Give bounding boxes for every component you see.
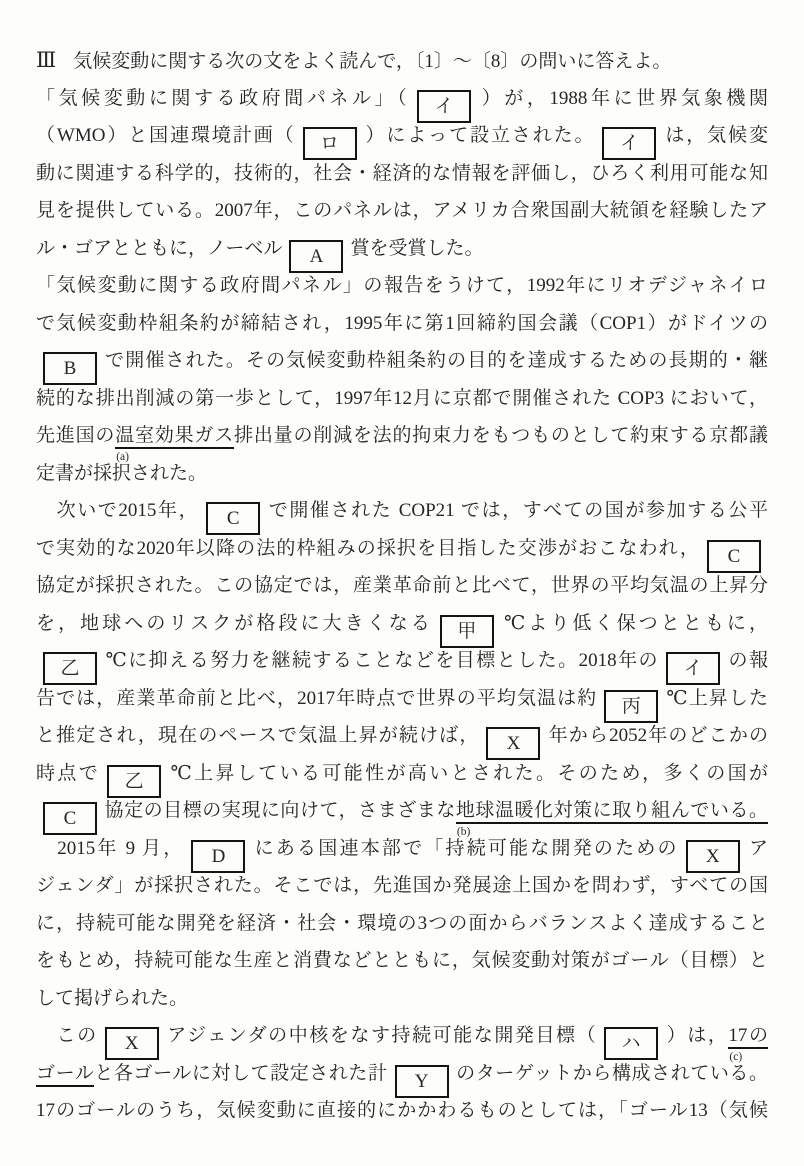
text-run: にある国連本部で「持続可能な開発のための xyxy=(252,838,678,859)
text-line: 17のゴールのうち，気候変動に直接的にかかわるものとしては，「ゴール13（気候 xyxy=(36,1092,768,1130)
text-run: ア xyxy=(747,838,768,859)
text-run: をもとめ，持続可能な生産と消費などとともに，気候変動対策がゴール（目標）と xyxy=(36,950,768,971)
text-run: 次いで2015年， xyxy=(36,500,199,521)
text-run: 「気候変動に関する政府間パネル」（ xyxy=(36,88,410,109)
text-run: で実効的な2020年以降の法的枠組みの採択を目指した交渉がおこなわれ， xyxy=(36,538,700,559)
text-run: 見を提供している。2007年，このパネルは，アメリカ合衆国副大統領を経験したア xyxy=(36,200,768,221)
text-line: 続的な排出削減の第一歩として，1997年12月に京都で開催された COP3 にお… xyxy=(36,380,768,418)
text-run: 排出量の削減を法的拘束力をもつものとして約束する京都議 xyxy=(234,425,768,446)
text-run: 協定の目標の実現に向けて，さまざまな xyxy=(104,800,456,821)
text-line: C協定の目標の実現に向けて，さまざまな地球温暖化対策に取り組んでいる。(b) xyxy=(36,792,768,830)
text-line: （WMO）と国連環境計画（ロ）によって設立された。イは，気候変 xyxy=(36,117,768,155)
text-run: で開催された。その気候変動枠組条約の目的を達成するための長期的・継 xyxy=(104,350,768,371)
text-run: ℃より低く保つとともに， xyxy=(501,613,768,634)
text-line: して掲げられた。 xyxy=(36,980,768,1018)
text-run: アジェンダの中核をなす持続可能な開発目標（ xyxy=(166,1025,597,1046)
text-run: 時点で xyxy=(36,763,100,784)
text-run: ℃上昇した xyxy=(665,688,768,709)
text-line: をもとめ，持続可能な生産と消費などとともに，気候変動対策がゴール（目標）と xyxy=(36,942,768,980)
text-line: 定書が採択された。 xyxy=(36,455,768,493)
text-run: を，地球へのリスクが格段に大きくなる xyxy=(36,613,433,634)
text-run: この xyxy=(36,1025,98,1046)
text-run: ）によって設立された。 xyxy=(364,125,596,146)
underlined-text: 温室効果ガス(a) xyxy=(115,425,234,449)
text-line: と推定され，現在のペースで気温上昇が続けば，X年から2052年のどこかの xyxy=(36,717,768,755)
text-line: 告では，産業革命前と比べ，2017年時点で世界の平均気温は約丙℃上昇した xyxy=(36,680,768,718)
text-line: 先進国の温室効果ガス(a)排出量の削減を法的拘束力をもつものとして約束する京都議 xyxy=(36,417,768,455)
text-run: ジェンダ」が採択された。そこでは，先進国か発展途上国かを問わず，すべての国 xyxy=(36,875,768,896)
text-line: Bで開催された。その気候変動枠組条約の目的を達成するための長期的・継 xyxy=(36,342,768,380)
text-run: 協定が採択された。この協定では，産業革命前と比べて，世界の平均気温の上昇分 xyxy=(36,575,768,596)
text-line: 動に関連する科学的，技術的，社会・経済的な情報を評価し，ひろく利用可能な知 xyxy=(36,155,768,193)
underlined-text: 17の(c) xyxy=(728,1025,768,1049)
text-line: このXアジェンダの中核をなす持続可能な開発目標（ハ）は，17の(c) xyxy=(36,1017,768,1055)
text-line: を，地球へのリスクが格段に大きくなる甲℃より低く保つとともに， xyxy=(36,605,768,643)
text-run: ℃に抑える努力を継続することなどを目標とした。2018年の xyxy=(104,650,659,671)
text-run: は，気候変 xyxy=(663,125,768,146)
text-run: 17のゴールのうち，気候変動に直接的にかかわるものとしては，「ゴール13（気候 xyxy=(36,1100,768,1121)
text-run: で気候変動枠組条約が締結され，1995年に第1回締約国会議（COP1）がドイツの xyxy=(36,313,768,334)
text-run: と推定され，現在のペースで気温上昇が続けば， xyxy=(36,725,479,746)
section-heading-text: 気候変動に関する次の文をよく読んで，〔1〕～〔8〕の問いに答えよ。 xyxy=(73,51,671,72)
text-run: 「気候変動に関する政府間パネル」の報告をうけて，1992年にリオデジャネイロ xyxy=(36,275,768,296)
text-line: 「気候変動に関する政府間パネル」の報告をうけて，1992年にリオデジャネイロ xyxy=(36,267,768,305)
text-line: 見を提供している。2007年，このパネルは，アメリカ合衆国副大統領を経験したア xyxy=(36,192,768,230)
text-line: ル・ゴアとともに，ノーベルA賞を受賞した。 xyxy=(36,230,768,268)
text-run: ル・ゴアとともに，ノーベル xyxy=(36,238,282,259)
text-run: のターゲットから構成されている。 xyxy=(456,1063,768,1084)
text-run: 告では，産業革命前と比べ，2017年時点で世界の平均気温は約 xyxy=(36,688,597,709)
text-line: に，持続可能な開発を経済・社会・環境の3つの面からバランスよく達成すること xyxy=(36,905,768,943)
text-run: ℃上昇している可能性が高いとされた。そのため，多くの国が xyxy=(168,763,768,784)
text-run: 続的な排出削減の第一歩として，1997年12月に京都で開催された COP3 にお… xyxy=(36,388,768,409)
text-line: で気候変動枠組条約が締結され，1995年に第1回締約国会議（COP1）がドイツの xyxy=(36,305,768,343)
text-line: ジェンダ」が採択された。そこでは，先進国か発展途上国かを問わず，すべての国 xyxy=(36,867,768,905)
underlined-text: ゴール xyxy=(36,1063,94,1087)
text-run: ）が，1988年に世界気象機関 xyxy=(478,88,768,109)
text-run: 定書が採択された。 xyxy=(36,463,207,484)
text-line: 乙℃に抑える努力を継続することなどを目標とした。2018年のイの報 xyxy=(36,642,768,680)
text-run: 動に関連する科学的，技術的，社会・経済的な情報を評価し，ひろく利用可能な知 xyxy=(36,163,768,184)
text-run: ）は， xyxy=(665,1025,728,1046)
exam-document-body: 「気候変動に関する政府間パネル」（イ）が，1988年に世界気象機関（WMO）と国… xyxy=(36,80,768,1130)
text-run: 年から2052年のどこかの xyxy=(547,725,768,746)
text-run: 先進国の xyxy=(36,425,115,446)
text-line: 2015年 9 月，Dにある国連本部で「持続可能な開発のためのXア xyxy=(36,830,768,868)
text-run: （WMO）と国連環境計画（ xyxy=(36,125,296,146)
text-run: に，持続可能な開発を経済・社会・環境の3つの面からバランスよく達成すること xyxy=(36,913,768,934)
text-run: の報 xyxy=(727,650,768,671)
text-run: して掲げられた。 xyxy=(36,988,188,1009)
exam-document: Ⅲ気候変動に関する次の文をよく読んで，〔1〕～〔8〕の問いに答えよ。 「気候変動… xyxy=(36,42,768,1130)
text-line: 次いで2015年，Cで開催された COP21 では，すべての国が参加する公平 xyxy=(36,492,768,530)
text-line: 時点で乙℃上昇している可能性が高いとされた。そのため，多くの国が xyxy=(36,755,768,793)
text-line: 「気候変動に関する政府間パネル」（イ）が，1988年に世界気象機関 xyxy=(36,80,768,118)
section-heading-line: Ⅲ気候変動に関する次の文をよく読んで，〔1〕～〔8〕の問いに答えよ。 xyxy=(36,42,768,80)
text-run: 2015年 9 月， xyxy=(36,838,184,859)
text-line: で実効的な2020年以降の法的枠組みの採択を目指した交渉がおこなわれ，C xyxy=(36,530,768,568)
text-run: 賞を受賞した。 xyxy=(350,238,483,259)
text-line: ゴールと各ゴールに対して設定された計Yのターゲットから構成されている。 xyxy=(36,1055,768,1093)
section-number: Ⅲ xyxy=(36,42,56,80)
exam-page: Ⅲ気候変動に関する次の文をよく読んで，〔1〕～〔8〕の問いに答えよ。 「気候変動… xyxy=(0,0,804,1166)
text-run: で開催された COP21 では，すべての国が参加する公平 xyxy=(267,500,768,521)
text-line: 協定が採択された。この協定では，産業革命前と比べて，世界の平均気温の上昇分 xyxy=(36,567,768,605)
underlined-text: 地球温暖化対策に取り組んでいる。(b) xyxy=(456,800,768,824)
text-run: と各ゴールに対して設定された計 xyxy=(94,1063,387,1084)
